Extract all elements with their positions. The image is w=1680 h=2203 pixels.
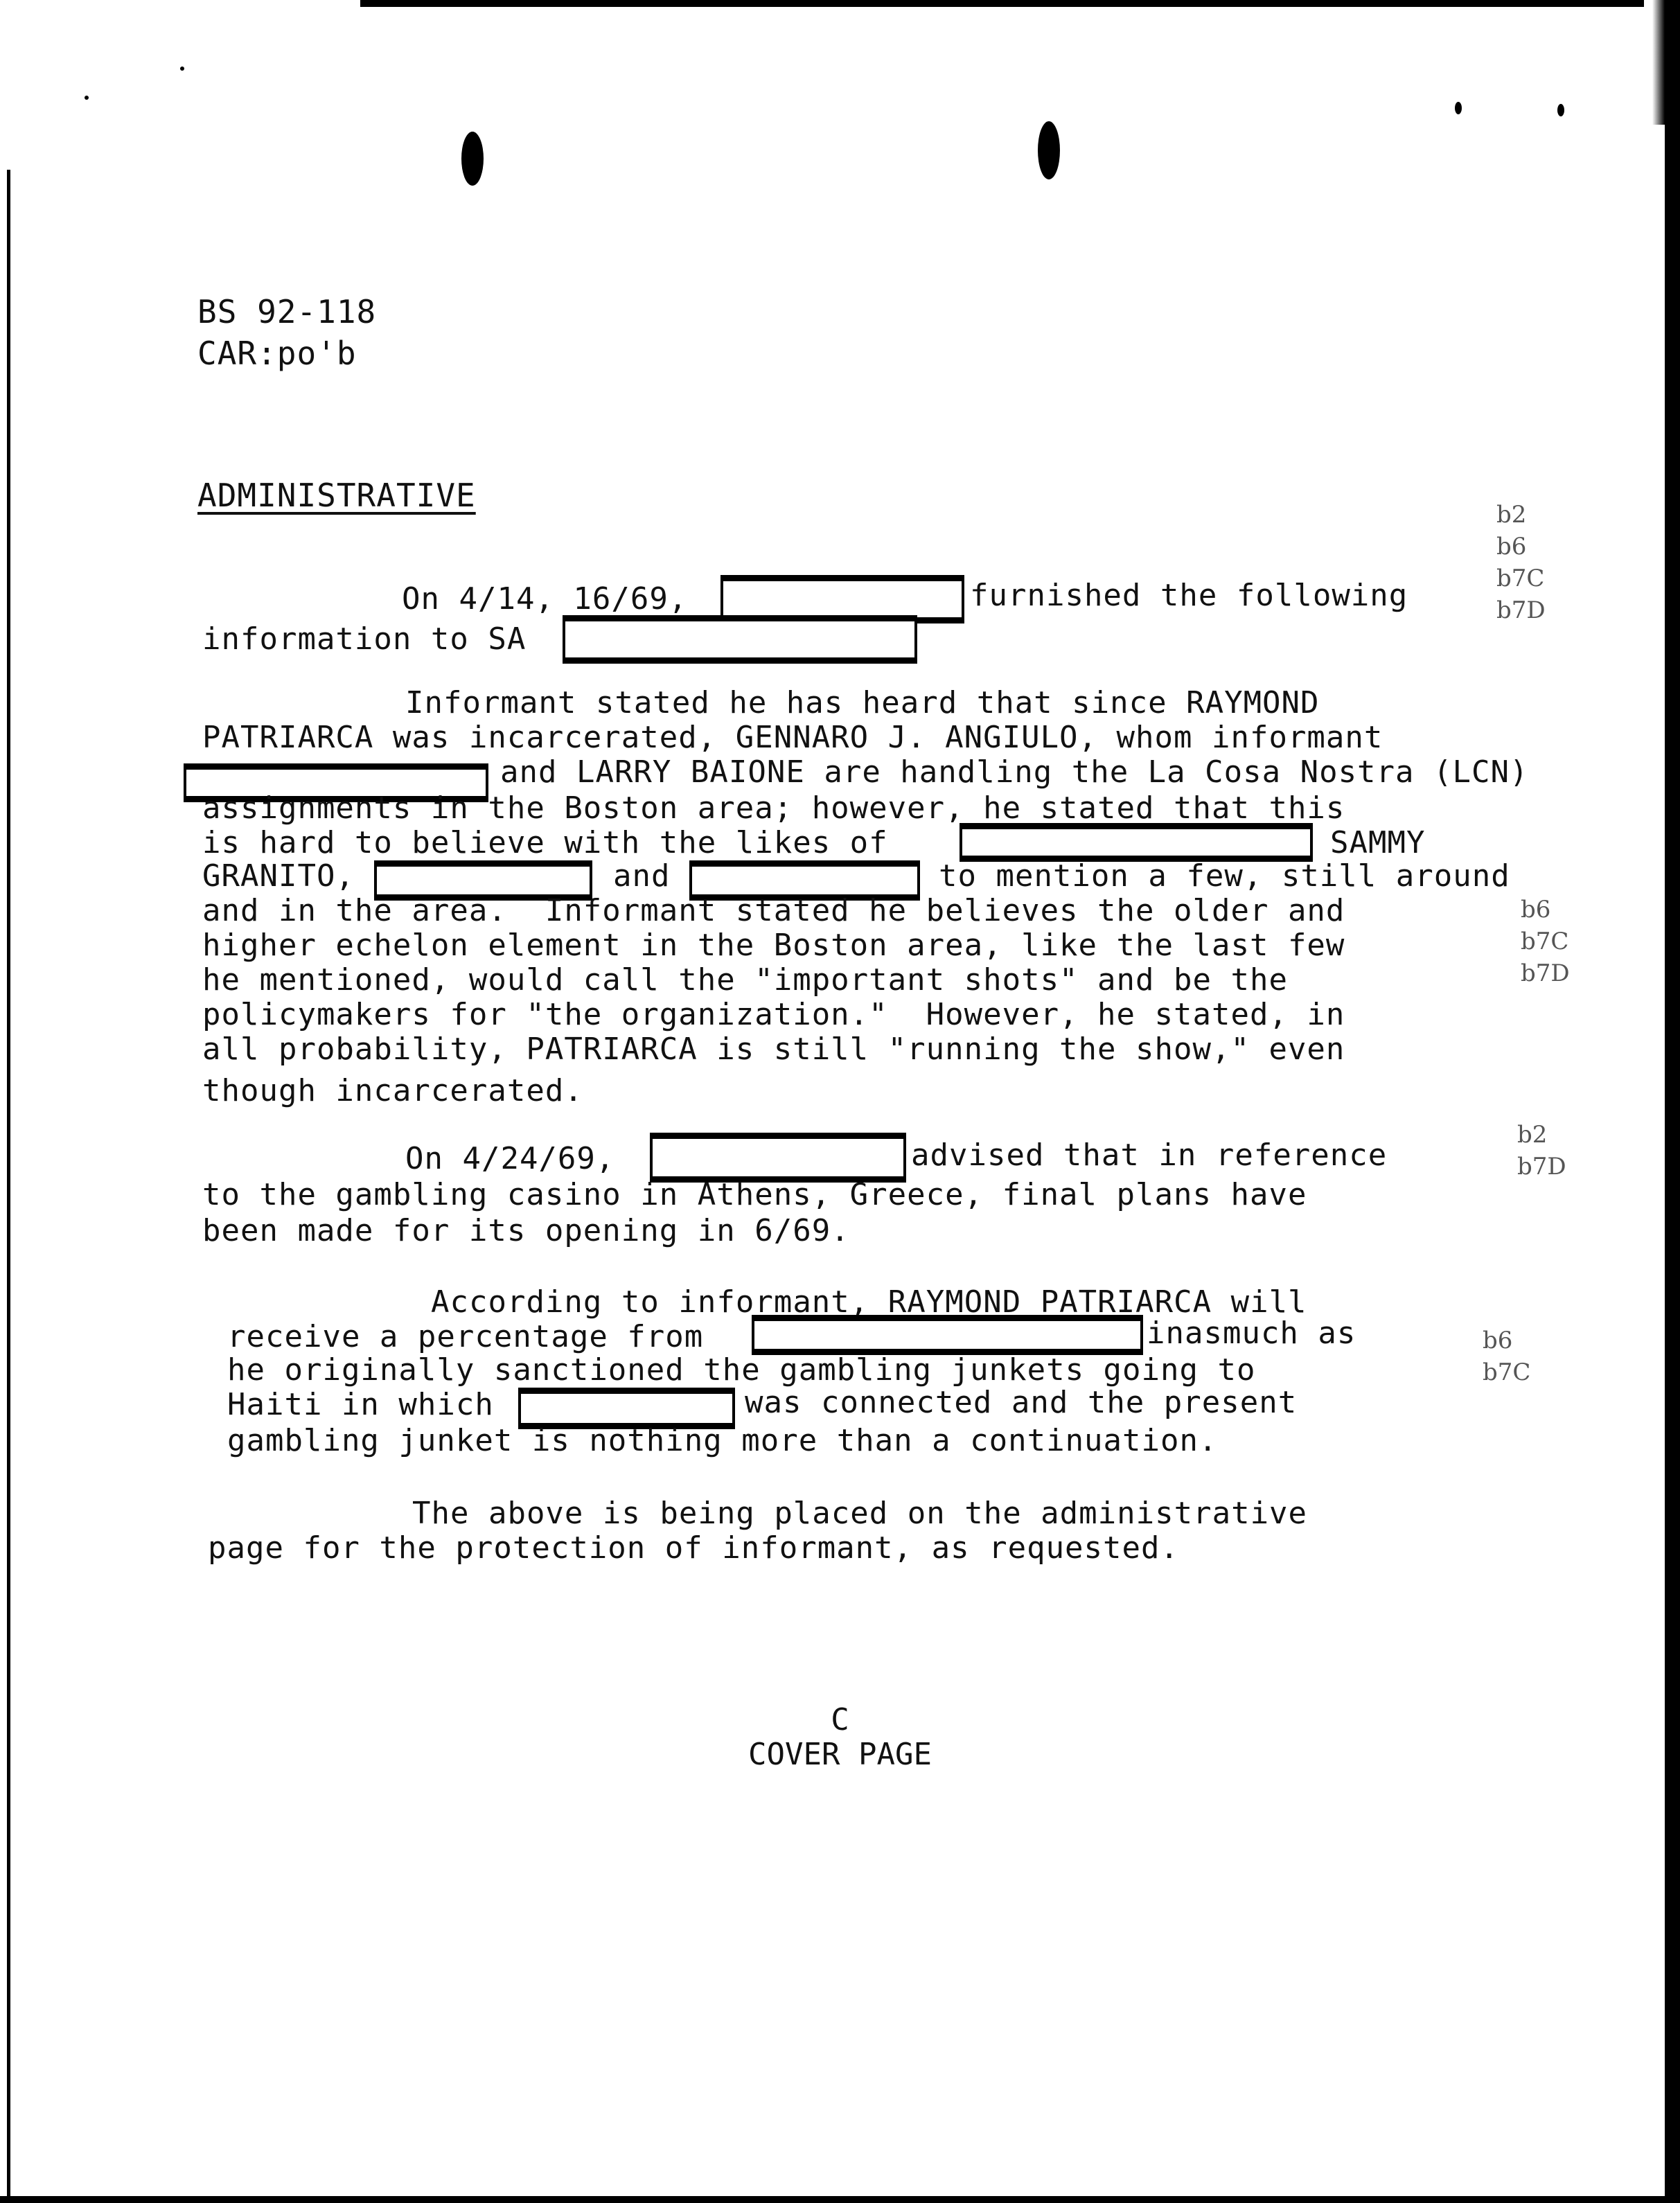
p4-line2-a: receive a percentage from: [227, 1320, 703, 1354]
exemption-code: b7C: [1483, 1356, 1530, 1388]
p1-line1-b: furnished the following: [970, 578, 1408, 613]
footer-label: COVER PAGE: [0, 1737, 1680, 1772]
exemption-codes-2: b6 b7C b7D: [1521, 894, 1570, 989]
p2-line2: PATRIARCA was incarcerated, GENNARO J. A…: [202, 720, 1383, 755]
p4-line5: gambling junket is nothing more than a c…: [227, 1424, 1218, 1458]
scan-edge-top: [360, 0, 1680, 7]
p3-line3: been made for its opening in 6/69.: [202, 1214, 850, 1248]
exemption-code: b6: [1483, 1325, 1530, 1356]
section-title: ADMINISTRATIVE: [197, 478, 476, 513]
exemption-codes-1: b2 b6 b7C b7D: [1496, 499, 1546, 626]
p5-line2: page for the protection of informant, as…: [208, 1531, 1179, 1566]
p2-line3-b: and LARRY BAIONE are handling the La Cos…: [500, 755, 1528, 790]
speck: [1455, 102, 1462, 114]
redaction-box: [960, 823, 1313, 862]
scan-edge-fold: [1644, 0, 1665, 125]
exemption-code: b2: [1517, 1119, 1566, 1151]
footer-letter: C: [0, 1703, 1680, 1737]
p5-line1: The above is being placed on the adminis…: [412, 1496, 1307, 1531]
redaction-box: [752, 1315, 1143, 1355]
p2-line9: he mentioned, would call the "important …: [202, 963, 1288, 998]
p2-line6-b: and: [613, 859, 670, 894]
p2-line11: all probability, PATRIARCA is still "run…: [202, 1032, 1345, 1067]
p2-line10: policymakers for "the organization." How…: [202, 998, 1345, 1032]
exemption-code: b6: [1521, 894, 1570, 926]
p4-line3: he originally sanctioned the gambling ju…: [227, 1353, 1255, 1388]
speck: [180, 67, 184, 71]
punch-hole-left: [461, 132, 484, 186]
p1-line1-a: On 4/14, 16/69,: [402, 582, 687, 617]
p4-line4-a: Haiti in which: [227, 1388, 494, 1422]
p3-line2: to the gambling casino in Athens, Greece…: [202, 1178, 1307, 1212]
exemption-codes-4: b6 b7C: [1483, 1325, 1530, 1388]
exemption-code: b2: [1496, 499, 1546, 531]
p4-line2-b: inasmuch as: [1147, 1316, 1356, 1351]
p3-line1-a: On 4/24/69,: [405, 1142, 614, 1176]
exemption-code: b7D: [1517, 1151, 1566, 1183]
document-page: BS 92-118 CAR:po'b ADMINISTRATIVE b2 b6 …: [0, 0, 1680, 2203]
redaction-box: [563, 615, 917, 664]
punch-hole-right: [1038, 121, 1060, 179]
file-number: BS 92-118: [197, 294, 376, 329]
p1-line2-a: information to SA: [202, 622, 526, 657]
p4-line4-b: was connected and the present: [745, 1386, 1297, 1420]
scan-edge-left: [7, 170, 10, 2203]
speck: [1557, 104, 1564, 116]
exemption-code: b7D: [1496, 594, 1546, 626]
p2-line5-a: is hard to believe with the likes of: [202, 826, 888, 860]
p2-line5-b: SAMMY: [1330, 826, 1425, 860]
exemption-code: b6: [1496, 531, 1546, 563]
p2-line4: assignments in the Boston area; however,…: [202, 791, 1345, 826]
p2-line7: and in the area. Informant stated he bel…: [202, 894, 1345, 928]
p2-line8: higher echelon element in the Boston are…: [202, 928, 1345, 963]
exemption-code: b7C: [1521, 926, 1570, 957]
initials: CAR:po'b: [197, 336, 357, 371]
scan-edge-bottom: [0, 2196, 1680, 2203]
p2-line1: Informant stated he has heard that since…: [405, 686, 1320, 720]
p2-line6-c: to mention a few, still around: [939, 859, 1510, 894]
scan-edge-right: [1665, 0, 1680, 2203]
exemption-code: b7C: [1496, 563, 1546, 594]
p2-line12: though incarcerated.: [202, 1074, 583, 1108]
exemption-codes-3: b2 b7D: [1517, 1119, 1566, 1183]
p3-line1-b: advised that in reference: [911, 1138, 1387, 1173]
p2-line6-a: GRANITO,: [202, 859, 355, 894]
speck: [85, 96, 89, 100]
exemption-code: b7D: [1521, 957, 1570, 989]
redaction-box: [650, 1133, 906, 1183]
